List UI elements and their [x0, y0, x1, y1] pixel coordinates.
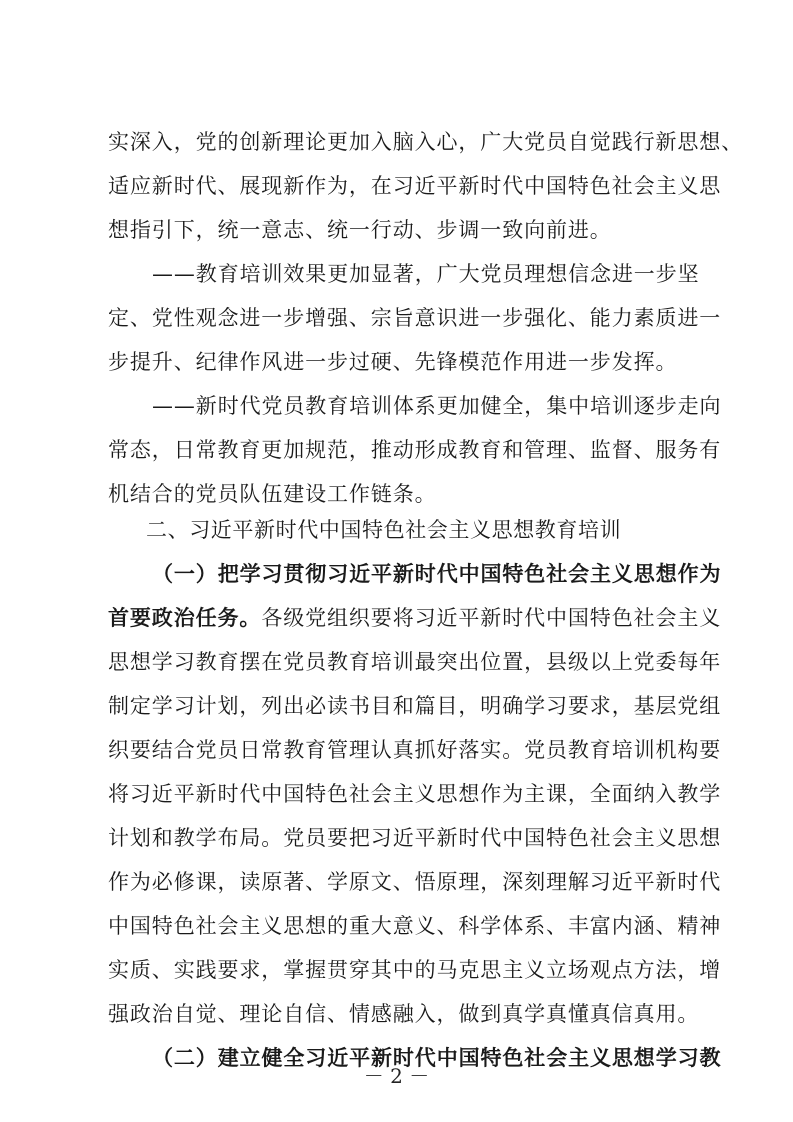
body-text-line: 实深入，党的创新理论更加入脑入心，广大党员自觉践行新思想、: [108, 127, 692, 157]
subsection-title-continued: 首要政治任务。: [108, 606, 261, 630]
body-text-line: 想指引下，统一意志、统一行动、步调一致向前进。: [108, 215, 692, 245]
body-text-line: 强政治自觉、理论自信、情感融入，做到真学真懂真信真用。: [108, 999, 692, 1029]
body-text-line: 将习近平新时代中国特色社会主义思想作为主课，全面纳入教学: [108, 779, 692, 809]
body-text-line: ——教育培训效果更加显著，广大党员理想信念进一步坚: [152, 259, 692, 289]
body-text-line: 实质、实践要求，掌握贯穿其中的马克思主义立场观点方法，增: [108, 955, 692, 985]
body-text-line: 织要结合党员日常教育管理认真抓好落实。党员教育培训机构要: [108, 735, 692, 765]
document-page: 实深入，党的创新理论更加入脑入心，广大党员自觉践行新思想、 适应新时代、展现新作…: [0, 0, 793, 1122]
body-text-span: 各级党组织要将习近平新时代中国特色社会主义: [261, 606, 721, 630]
body-text-line: 机结合的党员队伍建设工作链条。: [108, 479, 692, 509]
subsection-title: （一）把学习贯彻习近平新时代中国特色社会主义思想作为: [152, 559, 692, 589]
body-text-line: 常态，日常教育更加规范，推动形成教育和管理、监督、服务有: [108, 435, 692, 465]
body-text-line: ——新时代党员教育培训体系更加健全，集中培训逐步走向: [152, 391, 692, 421]
body-text-line: 首要政治任务。各级党组织要将习近平新时代中国特色社会主义: [108, 603, 692, 633]
body-text-line: 定、党性观念进一步增强、宗旨意识进一步强化、能力素质进一: [108, 303, 692, 333]
body-text-line: 适应新时代、展现新作为，在习近平新时代中国特色社会主义思: [108, 171, 692, 201]
body-text-line: 思想学习教育摆在党员教育培训最突出位置，县级以上党委每年: [108, 647, 692, 677]
body-text-line: 计划和教学布局。党员要把习近平新时代中国特色社会主义思想: [108, 823, 692, 853]
body-text-line: 步提升、纪律作风进一步过硬、先锋模范作用进一步发挥。: [108, 347, 692, 377]
page-number: － 2 －: [0, 1060, 793, 1089]
body-text-line: 作为必修课，读原著、学原文、悟原理，深刻理解习近平新时代: [108, 867, 692, 897]
section-heading: 二、习近平新时代中国特色社会主义思想教育培训: [146, 515, 686, 545]
body-text-line: 中国特色社会主义思想的重大意义、科学体系、丰富内涵、精神: [108, 911, 692, 941]
body-text-line: 制定学习计划，列出必读书目和篇目，明确学习要求，基层党组: [108, 691, 692, 721]
